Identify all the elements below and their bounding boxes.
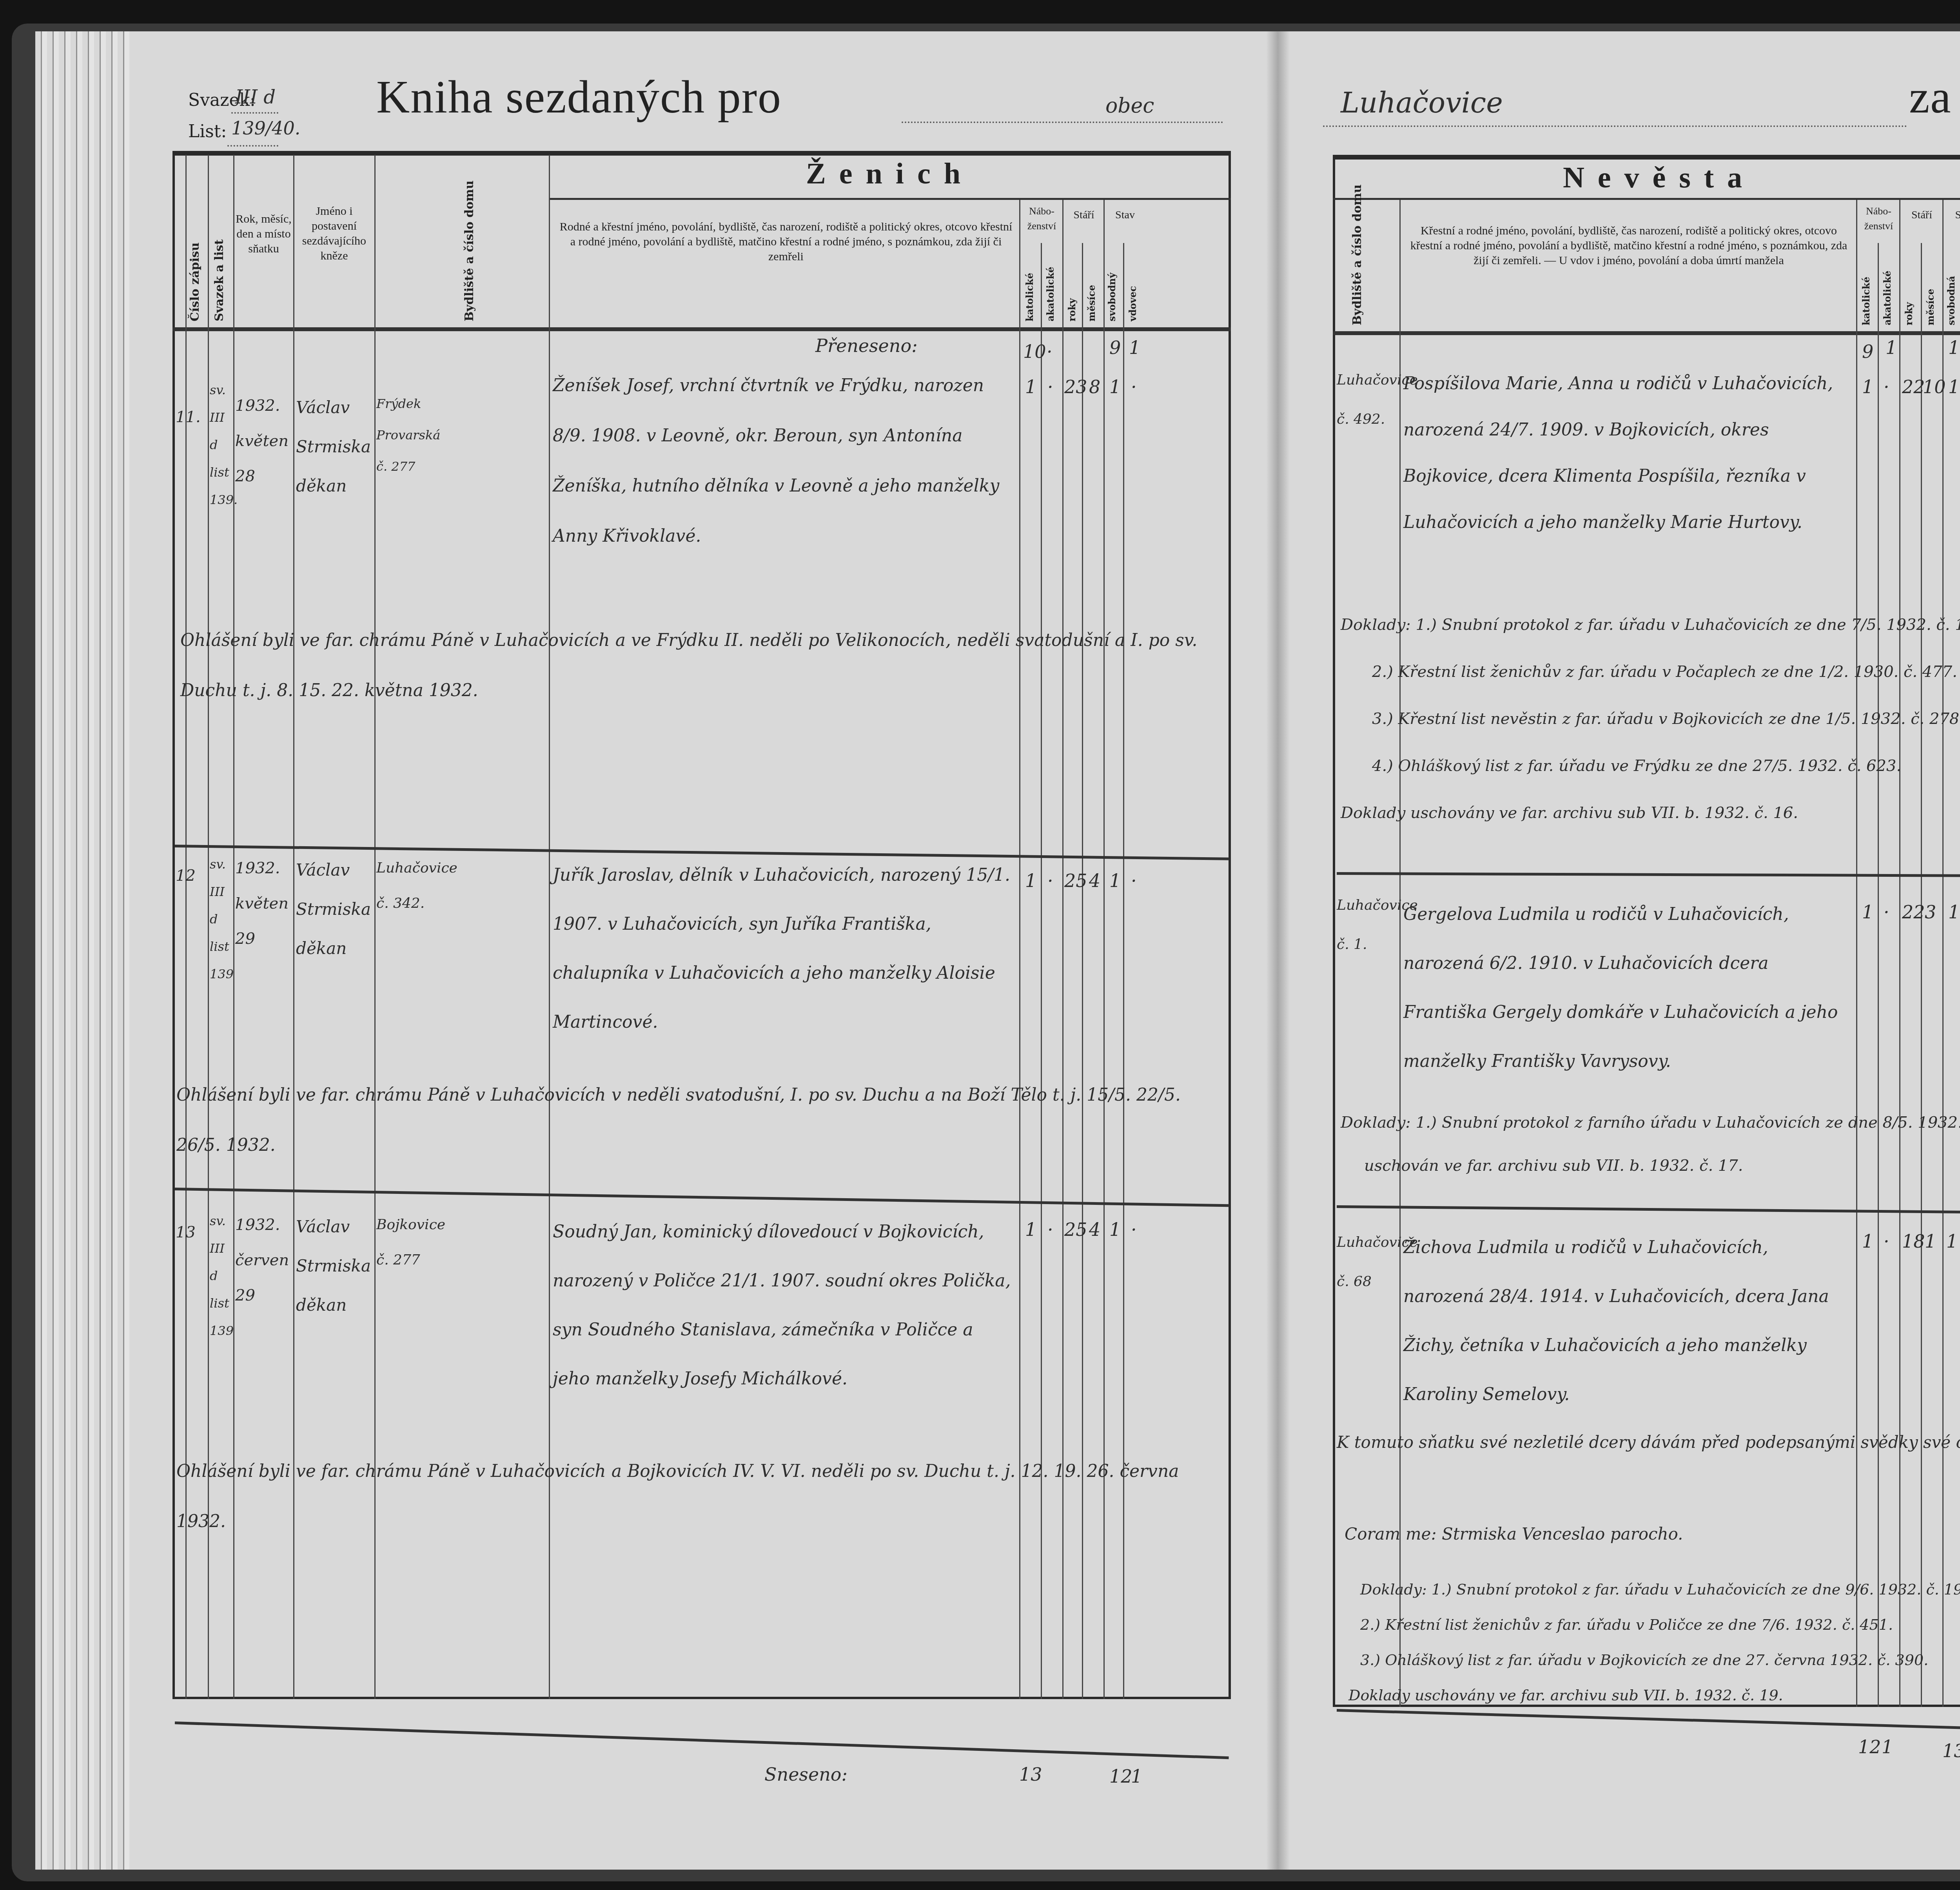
entry-13-bride-bydliste: Luhačovice č. 68: [1337, 1223, 1397, 1301]
title-dotline-right: [1323, 125, 1907, 127]
col-groom-mesice: měsíce: [1086, 274, 1097, 321]
entry-13-banns: Ohlášení byli ve far. chrámu Páně v Luha…: [176, 1446, 1227, 1547]
entry-13-bride-roky: 18: [1902, 1231, 1925, 1252]
entry-12-bride-roky: 22: [1902, 901, 1925, 923]
entry-11-bride-roky: 22: [1902, 376, 1925, 397]
left-header-divider: [172, 327, 1231, 331]
entry-13-groom-text: Soudný Jan, kominický dílovedoucí v Bojk…: [553, 1207, 1015, 1403]
entry-13-cislo: 13: [176, 1207, 196, 1257]
entry-11-groom-akatolicke: ·: [1047, 376, 1053, 397]
entry-11-datum: 1932. květen 28: [235, 388, 292, 494]
col-bride-katolicke: katolické: [1860, 255, 1872, 325]
entry-11-bride-mesice: 10: [1923, 376, 1946, 397]
entry-12-doklady-1: Doklady: 1.) Snubní protokol z farního ú…: [1341, 1097, 1960, 1148]
col-divider: [1399, 200, 1401, 1707]
entry-12-bride-text: Gergelova Ludmila u rodičů v Luhačovicíc…: [1403, 890, 1854, 1086]
entry-12-datum: 1932. květen 29: [235, 851, 292, 956]
nevesta-subhead-divider: [1333, 198, 1960, 200]
entry-13-groom-roky: 25: [1064, 1219, 1087, 1240]
book-gutter: [1266, 31, 1290, 1870]
entry-11-doklady-4: 4.) Ohláškový list z far. úřadu ve Frýdk…: [1372, 741, 1960, 791]
col-rok-mesic: Rok, měsíc, den a místo sňatku: [235, 212, 292, 256]
zenich-subhead-divider: [549, 198, 1231, 200]
col-groom-svobodny: svobodný: [1106, 259, 1118, 321]
entry-11-doklady-5: Doklady uschovány ve far. archivu sub VI…: [1341, 788, 1960, 838]
col-groom-stari: Stáří: [1064, 208, 1103, 223]
col-divider: [1899, 200, 1900, 1707]
list-dotline: [227, 145, 278, 147]
entry-13-doklady-4: Doklady uschovány ve far. archivu sub VI…: [1348, 1674, 1960, 1717]
totals-bride-katolicke: 12: [1858, 1736, 1881, 1758]
right-header-divider: [1333, 331, 1960, 335]
col-cislo-zapisu: Číslo zápisu: [188, 219, 202, 321]
col-divider: [1942, 200, 1944, 1707]
entry-12-knez: Václav Strmiska děkan: [296, 851, 372, 968]
col-bride-stav: Stav: [1944, 208, 1960, 223]
entry-12-bride-svobodna: 1: [1948, 901, 1960, 923]
col-bride-bydliste: Bydliště a číslo domu: [1350, 227, 1364, 325]
year-label: za rok: [1909, 71, 1960, 124]
entry-11-doklady-2: 2.) Křestní list ženichův z far. úřadu v…: [1372, 647, 1960, 697]
entry-11-groom-katolicke: 1: [1025, 376, 1036, 397]
entry-11-doklady-1: Doklady: 1.) Snubní protokol z far. úřad…: [1341, 600, 1960, 650]
entry-11-doklady-3: 3.) Křestní list nevěstin z far. úřadu v…: [1372, 694, 1960, 744]
totals-groom-katolicke: 13: [1019, 1764, 1042, 1785]
col-bride-description: Křestní a rodné jméno, povolání, bydlišt…: [1407, 223, 1850, 268]
entry-13-groom-bydliste: Bojkovice č. 277: [376, 1207, 431, 1278]
entry-13-groom-akatolicke: ·: [1047, 1219, 1053, 1240]
entry-11-banns: Ohlášení byli ve far. chrámu Páně v Luha…: [180, 615, 1223, 716]
carried-groom-katolicke: 10: [1023, 341, 1046, 362]
col-bride-akatolicke: akatolické: [1882, 255, 1893, 325]
entry-12-bride-katolicke: 1: [1862, 901, 1873, 923]
col-groom-akatolicke: akatolické: [1045, 251, 1056, 321]
list-value: 139/40.: [231, 118, 300, 139]
entry-12-groom-bydliste: Luhačovice č. 342.: [376, 851, 431, 921]
col-groom-vdovec: vdovec: [1127, 274, 1138, 321]
entry-11-groom-text: Ženíšek Josef, vrchní čtvrtník ve Frýdku…: [553, 361, 1015, 561]
entry-12-bride-mesice: 3: [1925, 901, 1936, 923]
col-jmeno-knize: Jméno i postavení sezdávajícího kněze: [296, 204, 372, 263]
obec-label: obec: [1105, 94, 1154, 118]
zenich-heading: Ženich: [549, 157, 1231, 191]
entry-12-bride-akatolicke: ·: [1884, 901, 1889, 923]
carried-bride-katolicke: 9: [1862, 341, 1873, 362]
entry-11-groom-svobodny: 1: [1109, 376, 1121, 397]
entry-12-groom-akatolicke: ·: [1047, 870, 1053, 891]
entry-12-banns: Ohlášení byli ve far. chrámu Páně v Luha…: [176, 1070, 1227, 1170]
entry-11-svazek-list: sv. III d list 139.: [210, 376, 233, 513]
entry-13-groom-svobodny: 1: [1109, 1219, 1121, 1240]
entry-11-bride-akatolicke: ·: [1884, 376, 1889, 397]
carried-groom-vdovec: 1: [1129, 337, 1140, 358]
nevesta-heading: Nevěsta: [1333, 161, 1960, 195]
entry-11-groom-mesice: 8: [1089, 376, 1100, 397]
col-divider: [1921, 243, 1922, 1707]
entry-11-groom-roky: 23: [1064, 376, 1087, 397]
entry-12-bride-bydliste: Luhačovice č. 1.: [1337, 886, 1397, 964]
col-groom-roky: roky: [1066, 290, 1078, 321]
entry-13-bride-svobodna: 1: [1946, 1231, 1958, 1252]
entry-12-svazek-list: sv. III d list 139: [210, 851, 233, 988]
entry-12-doklady-2: uschován ve far. archivu sub VII. b. 193…: [1364, 1141, 1960, 1191]
totals-bride-akatolicke: 1: [1882, 1736, 1893, 1758]
entry-11-cislo: 11.: [176, 392, 201, 442]
col-bride-roky: roky: [1903, 294, 1915, 325]
title-dotline-left: [902, 122, 1223, 123]
entry-13-svazek-list: sv. III d list 139: [210, 1207, 233, 1344]
totals-label: Sneseno:: [764, 1764, 848, 1785]
entry-13-groom-mesice: 4: [1089, 1219, 1100, 1240]
entry-13-groom-katolicke: 1: [1025, 1219, 1036, 1240]
entry-11-groom-bydliste: Frýdek Provarská č. 277: [376, 388, 431, 482]
entry-12-groom-roky: 25: [1064, 870, 1087, 891]
col-bride-svobodna: svobodná: [1945, 267, 1957, 325]
obec-value: Luhačovice: [1341, 86, 1503, 119]
entry-12-groom-text: Juřík Jaroslav, dělník v Luhačovicích, n…: [553, 851, 1015, 1047]
svazek-value: III d: [235, 86, 276, 108]
carried-bride-akatolicke: 1: [1886, 337, 1897, 358]
col-groom-katolicke: katolické: [1024, 251, 1035, 321]
entry-12-groom-katolicke: 1: [1025, 870, 1036, 891]
col-groom-stav: Stav: [1105, 208, 1145, 223]
entry-13-consent: K tomuto sňatku své nezletilé dcery dává…: [1337, 1419, 1960, 1466]
totals-groom-vdovec: 1: [1131, 1766, 1142, 1787]
entry-12-groom-vdovec: ·: [1131, 870, 1137, 891]
entry-13-bride-katolicke: 1: [1862, 1231, 1873, 1252]
entry-11-groom-vdovec: ·: [1131, 376, 1137, 397]
col-groom-bydliste: Bydliště a číslo domu: [463, 219, 476, 321]
entry-11-bride-bydliste: Luhačovice č. 492.: [1337, 361, 1397, 439]
col-groom-nabozenstvi: Nábo-ženství: [1021, 204, 1062, 234]
col-bride-stari: Stáří: [1901, 208, 1942, 223]
carried-groom-akatolicke: ·: [1047, 341, 1053, 362]
entry-13-bride-text: Žichova Ludmila u rodičů v Luhačovicích,…: [1403, 1223, 1854, 1419]
entry-12-groom-svobodny: 1: [1109, 870, 1121, 891]
carried-groom-svobodny: 9: [1109, 337, 1121, 358]
carried-over-label: Přeneseno:: [815, 335, 918, 356]
page-title: Kniha sezdaných pro: [376, 71, 782, 124]
entry-13-bride-akatolicke: ·: [1884, 1231, 1889, 1252]
col-bride-nabozenstvi: Nábo-ženství: [1858, 204, 1899, 234]
col-bride-mesice: měsíce: [1925, 278, 1936, 325]
entry-11-bride-katolicke: 1: [1862, 376, 1873, 397]
carried-bride-svobodna: 10: [1948, 337, 1960, 358]
entry-11-bride-text: Pospíšilova Marie, Anna u rodičů v Luhač…: [1403, 361, 1854, 546]
totals-bride-svobodna: 13: [1942, 1740, 1960, 1761]
entry-11-bride-svobodna: 1: [1948, 376, 1960, 397]
entry-13-bride-mesice: 1: [1925, 1231, 1936, 1252]
col-divider: [1878, 243, 1879, 1707]
entry-13-coram: Coram me: Strmiska Venceslao parocho.: [1345, 1509, 1960, 1559]
entry-11-knez: Václav Strmiska děkan: [296, 388, 372, 506]
col-groom-description: Rodné a křestní jméno, povolání, bydlišt…: [557, 219, 1015, 264]
entry-12-cislo: 12: [176, 851, 196, 901]
entry-12-groom-mesice: 4: [1089, 870, 1100, 891]
col-svazek-a-list: Svazek a list: [212, 219, 226, 321]
entry-13-knez: Václav Strmiska děkan: [296, 1207, 372, 1325]
entry-13-datum: 1932. červen 29: [235, 1207, 292, 1313]
entry-13-groom-vdovec: ·: [1131, 1219, 1137, 1240]
totals-groom-svobodny: 12: [1109, 1766, 1132, 1787]
col-divider: [1856, 200, 1857, 1707]
list-label: List:: [188, 122, 227, 141]
svazek-dotline: [231, 112, 278, 114]
